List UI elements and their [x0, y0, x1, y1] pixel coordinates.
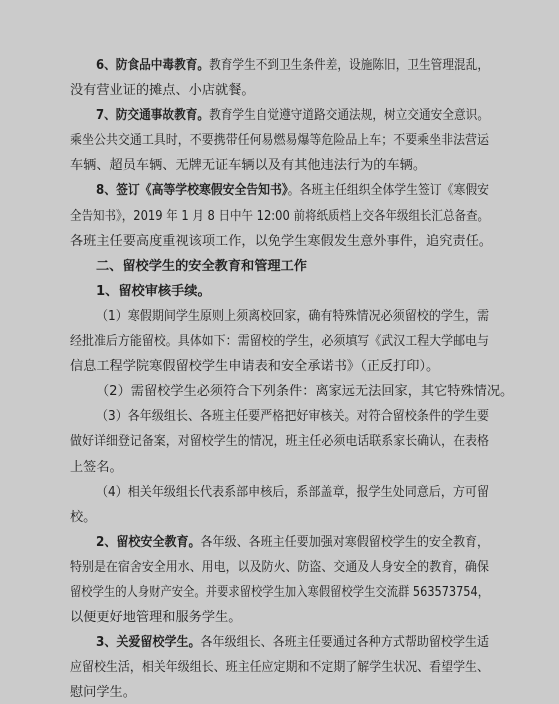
text-line-content: （2）需留校学生必须符合下列条件：离家远无法回家，其它特殊情况。: [96, 379, 513, 404]
text-line-content: 二、留校学生的安全教育和管理工作: [96, 254, 307, 279]
text-line-content: 以便更好地管理和服务学生。: [70, 605, 241, 630]
body-text: （1）寒假期间学生原则上须离校回家，确有特殊情况必须留校的学生，需: [96, 309, 489, 324]
text-line: （1）寒假期间学生原则上须离校回家，确有特殊情况必须留校的学生，需: [70, 304, 489, 329]
body-text: 以便更好地管理和服务学生。: [70, 610, 241, 625]
text-line-content: 2、留校安全教育。各年级、各班主任要加强对寒假留校学生的安全教育，: [96, 530, 489, 555]
body-text: 应留校生活，相关年级组长、班主任应定期和不定期了解学生状况、看望学生、: [70, 660, 489, 675]
text-line-content: 留校学生的人身财产安全。并要求留校学生加入寒假留校学生交流群 563573754…: [70, 580, 489, 605]
text-line-content: 全告知书》，2019 年 1 月 8 日中午 12:00 前将纸质档上交各年级组…: [70, 204, 489, 229]
body-text: 乘坐公共交通工具时，不要携带任何易燃易爆等危险品上车；不要乘坐非法营运: [70, 133, 489, 148]
text-line: 6、防食品中毒教育。教育学生不到卫生条件差，设施陈旧，卫生管理混乱，: [70, 53, 489, 78]
text-line: 8、签订《高等学校寒假安全告知书》。各班主任组织全体学生签订《寒假安: [70, 178, 489, 203]
body-text: 没有营业证的摊点、小店就餐。: [70, 83, 255, 98]
body-text: 各年级组长、各班主任要通过各种方式帮助留校学生适: [201, 635, 489, 650]
text-line: 上签名。: [70, 455, 489, 480]
body-text: 全告知书》，2019 年 1 月 8 日中午 12:00 前将纸质档上交各年级组…: [70, 209, 489, 224]
text-line-content: 应留校生活，相关年级组长、班主任应定期和不定期了解学生状况、看望学生、: [70, 655, 489, 680]
text-line-content: （1）寒假期间学生原则上须离校回家，确有特殊情况必须留校的学生，需: [96, 304, 489, 329]
text-line-content: 3、关爱留校学生。各年级组长、各班主任要通过各种方式帮助留校学生适: [96, 630, 489, 655]
body-text: 经批准后方能留校。具体如下：需留校的学生，必须填写《武汉工程大学邮电与: [70, 334, 489, 349]
body-text: 校。: [70, 510, 96, 525]
text-line: 没有营业证的摊点、小店就餐。: [70, 78, 489, 103]
text-line: 7、防交通事故教育。教育学生自觉遵守道路交通法规，树立交通安全意识。: [70, 103, 489, 128]
text-line: 二、留校学生的安全教育和管理工作: [70, 254, 489, 279]
text-line: （4）相关年级组长代表系部申核后，系部盖章，报学生处同意后，方可留: [70, 480, 489, 505]
body-text: （2）需留校学生必须符合下列条件：离家远无法回家，其它特殊情况。: [96, 384, 513, 399]
body-text: 。各班主任组织全体学生签订《寒假安: [288, 183, 489, 198]
text-line-content: 特别是在宿舍安全用水、用电，以及防火、防盗、交通及人身安全的教育，确保: [70, 555, 489, 580]
bold-lead-text: 1、留校审核手续。: [96, 284, 211, 299]
text-line-content: 6、防食品中毒教育。教育学生不到卫生条件差，设施陈旧，卫生管理混乱，: [96, 53, 489, 78]
text-line-content: 经批准后方能留校。具体如下：需留校的学生，必须填写《武汉工程大学邮电与: [70, 329, 489, 354]
body-text: 教育学生自觉遵守道路交通法规，树立交通安全意识。: [209, 108, 489, 123]
text-line-content: 车辆、超员车辆、无牌无证车辆以及有其他违法行为的车辆。: [70, 153, 426, 178]
text-line: 各班主任要高度重视该项工作，以免学生寒假发生意外事件，追究责任。: [70, 229, 489, 254]
body-text: 各年级、各班主任要加强对寒假留校学生的安全教育，: [201, 535, 489, 550]
bold-lead-text: 6、防食品中毒教育。: [96, 58, 209, 73]
bold-lead-text: 二、留校学生的安全教育和管理工作: [96, 259, 307, 274]
bold-lead-text: 2、留校安全教育。: [96, 535, 201, 550]
text-line-content: （4）相关年级组长代表系部申核后，系部盖章，报学生处同意后，方可留: [96, 480, 489, 505]
text-line-content: 慰问学生。: [70, 680, 136, 704]
body-text: （3）各年级组长、各班主任要严格把好审核关。对符合留校条件的学生要: [96, 409, 489, 424]
text-line: 经批准后方能留校。具体如下：需留校的学生，必须填写《武汉工程大学邮电与: [70, 329, 489, 354]
text-line-content: 没有营业证的摊点、小店就餐。: [70, 78, 255, 103]
text-line: 信息工程学院寒假留校学生申请表和安全承诺书》（正反打印）。: [70, 354, 489, 379]
text-line: 慰问学生。: [70, 680, 489, 704]
body-text: 车辆、超员车辆、无牌无证车辆以及有其他违法行为的车辆。: [70, 158, 426, 173]
body-text: 做好详细登记备案，对留校学生的情况，班主任必须电话联系家长确认，在表格: [70, 434, 489, 449]
text-line-content: 8、签订《高等学校寒假安全告知书》。各班主任组织全体学生签订《寒假安: [96, 178, 489, 203]
body-text: （4）相关年级组长代表系部申核后，系部盖章，报学生处同意后，方可留: [96, 485, 489, 500]
text-line-content: （3）各年级组长、各班主任要严格把好审核关。对符合留校条件的学生要: [96, 404, 489, 429]
document-body: 6、防食品中毒教育。教育学生不到卫生条件差，设施陈旧，卫生管理混乱，没有营业证的…: [70, 53, 489, 704]
bold-lead-text: 3、关爱留校学生。: [96, 635, 201, 650]
text-line: 留校学生的人身财产安全。并要求留校学生加入寒假留校学生交流群 563573754…: [70, 580, 489, 605]
body-text: 慰问学生。: [70, 685, 136, 700]
bold-lead-text: 7、防交通事故教育。: [96, 108, 209, 123]
text-line-content: 各班主任要高度重视该项工作，以免学生寒假发生意外事件，追究责任。: [70, 229, 492, 254]
text-line: 1、留校审核手续。: [70, 279, 489, 304]
screenshot-root: { "document": { "background_color": "#cb…: [0, 0, 559, 704]
text-line: 特别是在宿舍安全用水、用电，以及防火、防盗、交通及人身安全的教育，确保: [70, 555, 489, 580]
text-line-content: 1、留校审核手续。: [96, 279, 211, 304]
body-text: 上签名。: [70, 460, 123, 475]
body-text: 留校学生的人身财产安全。并要求留校学生加入寒假留校学生交流群 563573754…: [70, 585, 489, 600]
text-line: 2、留校安全教育。各年级、各班主任要加强对寒假留校学生的安全教育，: [70, 530, 489, 555]
text-line: 校。: [70, 505, 489, 530]
text-line: 应留校生活，相关年级组长、班主任应定期和不定期了解学生状况、看望学生、: [70, 655, 489, 680]
bold-lead-text: 8、签订《高等学校寒假安全告知书》: [96, 183, 288, 198]
body-text: 教育学生不到卫生条件差，设施陈旧，卫生管理混乱，: [209, 58, 489, 73]
text-line-content: 校。: [70, 505, 96, 530]
body-text: 信息工程学院寒假留校学生申请表和安全承诺书》（正反打印）。: [70, 359, 439, 374]
text-line: 做好详细登记备案，对留校学生的情况，班主任必须电话联系家长确认，在表格: [70, 429, 489, 454]
text-line: （3）各年级组长、各班主任要严格把好审核关。对符合留校条件的学生要: [70, 404, 489, 429]
body-text: 特别是在宿舍安全用水、用电，以及防火、防盗、交通及人身安全的教育，确保: [70, 560, 489, 575]
body-text: 各班主任要高度重视该项工作，以免学生寒假发生意外事件，追究责任。: [70, 234, 492, 249]
text-line-content: 做好详细登记备案，对留校学生的情况，班主任必须电话联系家长确认，在表格: [70, 429, 489, 454]
text-line-content: 信息工程学院寒假留校学生申请表和安全承诺书》（正反打印）。: [70, 354, 439, 379]
text-line-content: 上签名。: [70, 455, 123, 480]
text-line: 乘坐公共交通工具时，不要携带任何易燃易爆等危险品上车；不要乘坐非法营运: [70, 128, 489, 153]
text-line: 以便更好地管理和服务学生。: [70, 605, 489, 630]
text-line-content: 7、防交通事故教育。教育学生自觉遵守道路交通法规，树立交通安全意识。: [96, 103, 489, 128]
text-line: （2）需留校学生必须符合下列条件：离家远无法回家，其它特殊情况。: [70, 379, 489, 404]
text-line-content: 乘坐公共交通工具时，不要携带任何易燃易爆等危险品上车；不要乘坐非法营运: [70, 128, 489, 153]
text-line: 车辆、超员车辆、无牌无证车辆以及有其他违法行为的车辆。: [70, 153, 489, 178]
text-line: 全告知书》，2019 年 1 月 8 日中午 12:00 前将纸质档上交各年级组…: [70, 204, 489, 229]
text-line: 3、关爱留校学生。各年级组长、各班主任要通过各种方式帮助留校学生适: [70, 630, 489, 655]
